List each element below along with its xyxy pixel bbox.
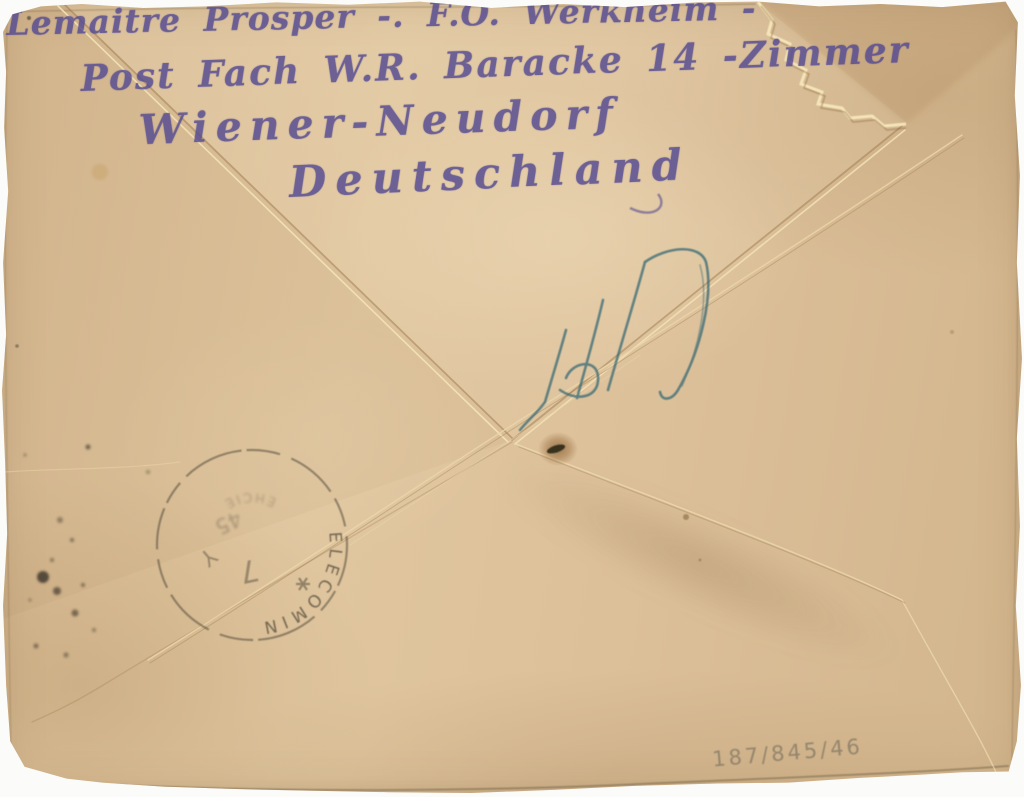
postmark-dept-text: EHCIE — [218, 477, 282, 527]
pencil-catalog-note: 187/845/46 — [711, 734, 864, 771]
handwriting-line-postfach: Post Fach W.R. Baracke 14 -Zimmer — [80, 29, 910, 100]
postmark-center-glyph: Y — [194, 542, 222, 571]
ink-smudges — [24, 445, 151, 658]
handwriting-line-sender: Lemaitre Prosper -. F.O. Werkheim - — [6, 0, 757, 43]
postmark-star-icon — [296, 578, 310, 590]
postmark-day-numeral: 7 — [236, 551, 262, 589]
postmark-dept-arc: EHCIE — [218, 477, 282, 527]
signature-flourish — [630, 194, 661, 213]
postmark-year-digits: 45 — [211, 506, 245, 539]
scan-background: ELECOMIN EHCIE 45 7 Y — [0, 0, 1024, 797]
handwriting-line-town: Wiener-Neudorf — [138, 89, 622, 154]
censor-scribble — [520, 249, 708, 430]
postmark-stamp: ELECOMIN EHCIE 45 7 Y — [157, 450, 371, 641]
postmark-town-text: ELECOMIN — [234, 525, 371, 641]
envelope-back: ELECOMIN EHCIE 45 7 Y — [0, 0, 1024, 797]
handwriting-line-country: Deutschland — [288, 140, 692, 207]
postmark-town-arc: ELECOMIN — [234, 525, 371, 641]
fold-shadow — [479, 428, 916, 696]
